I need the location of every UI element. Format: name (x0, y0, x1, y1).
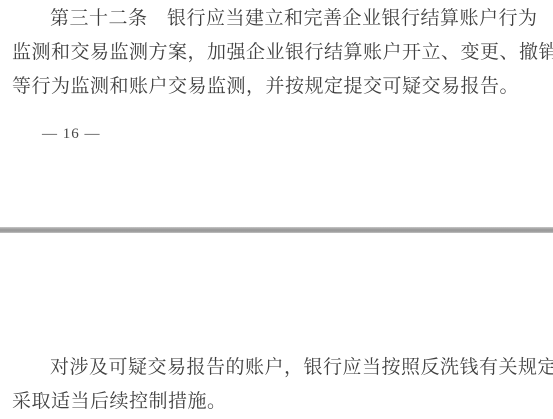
continuation-line-1: 对涉及可疑交易报告的账户，银行应当按照反洗钱有关规定 (12, 351, 545, 385)
page-number: — 16 — (12, 126, 545, 143)
page-17: 对涉及可疑交易报告的账户，银行应当按照反洗钱有关规定 采取适当后续控制措施。 (0, 233, 553, 413)
article-32-line-1: 第三十二条 银行应当建立和完善企业银行结算账户行为 (12, 2, 545, 36)
continuation-line-2: 采取适当后续控制措施。 (12, 385, 545, 419)
continuation-paragraph: 对涉及可疑交易报告的账户，银行应当按照反洗钱有关规定 采取适当后续控制措施。 (12, 351, 545, 419)
document-viewer: 第三十二条 银行应当建立和完善企业银行结算账户行为 监测和交易监测方案，加强企业… (0, 0, 553, 419)
article-32-line-3: 等行为监测和账户交易监测，并按规定提交可疑交易报告。 (12, 70, 545, 104)
article-32-paragraph: 第三十二条 银行应当建立和完善企业银行结算账户行为 监测和交易监测方案，加强企业… (12, 2, 545, 104)
page-16: 第三十二条 银行应当建立和完善企业银行结算账户行为 监测和交易监测方案，加强企业… (0, 0, 553, 227)
article-32-line-2: 监测和交易监测方案，加强企业银行结算账户开立、变更、撤销 (12, 36, 545, 70)
